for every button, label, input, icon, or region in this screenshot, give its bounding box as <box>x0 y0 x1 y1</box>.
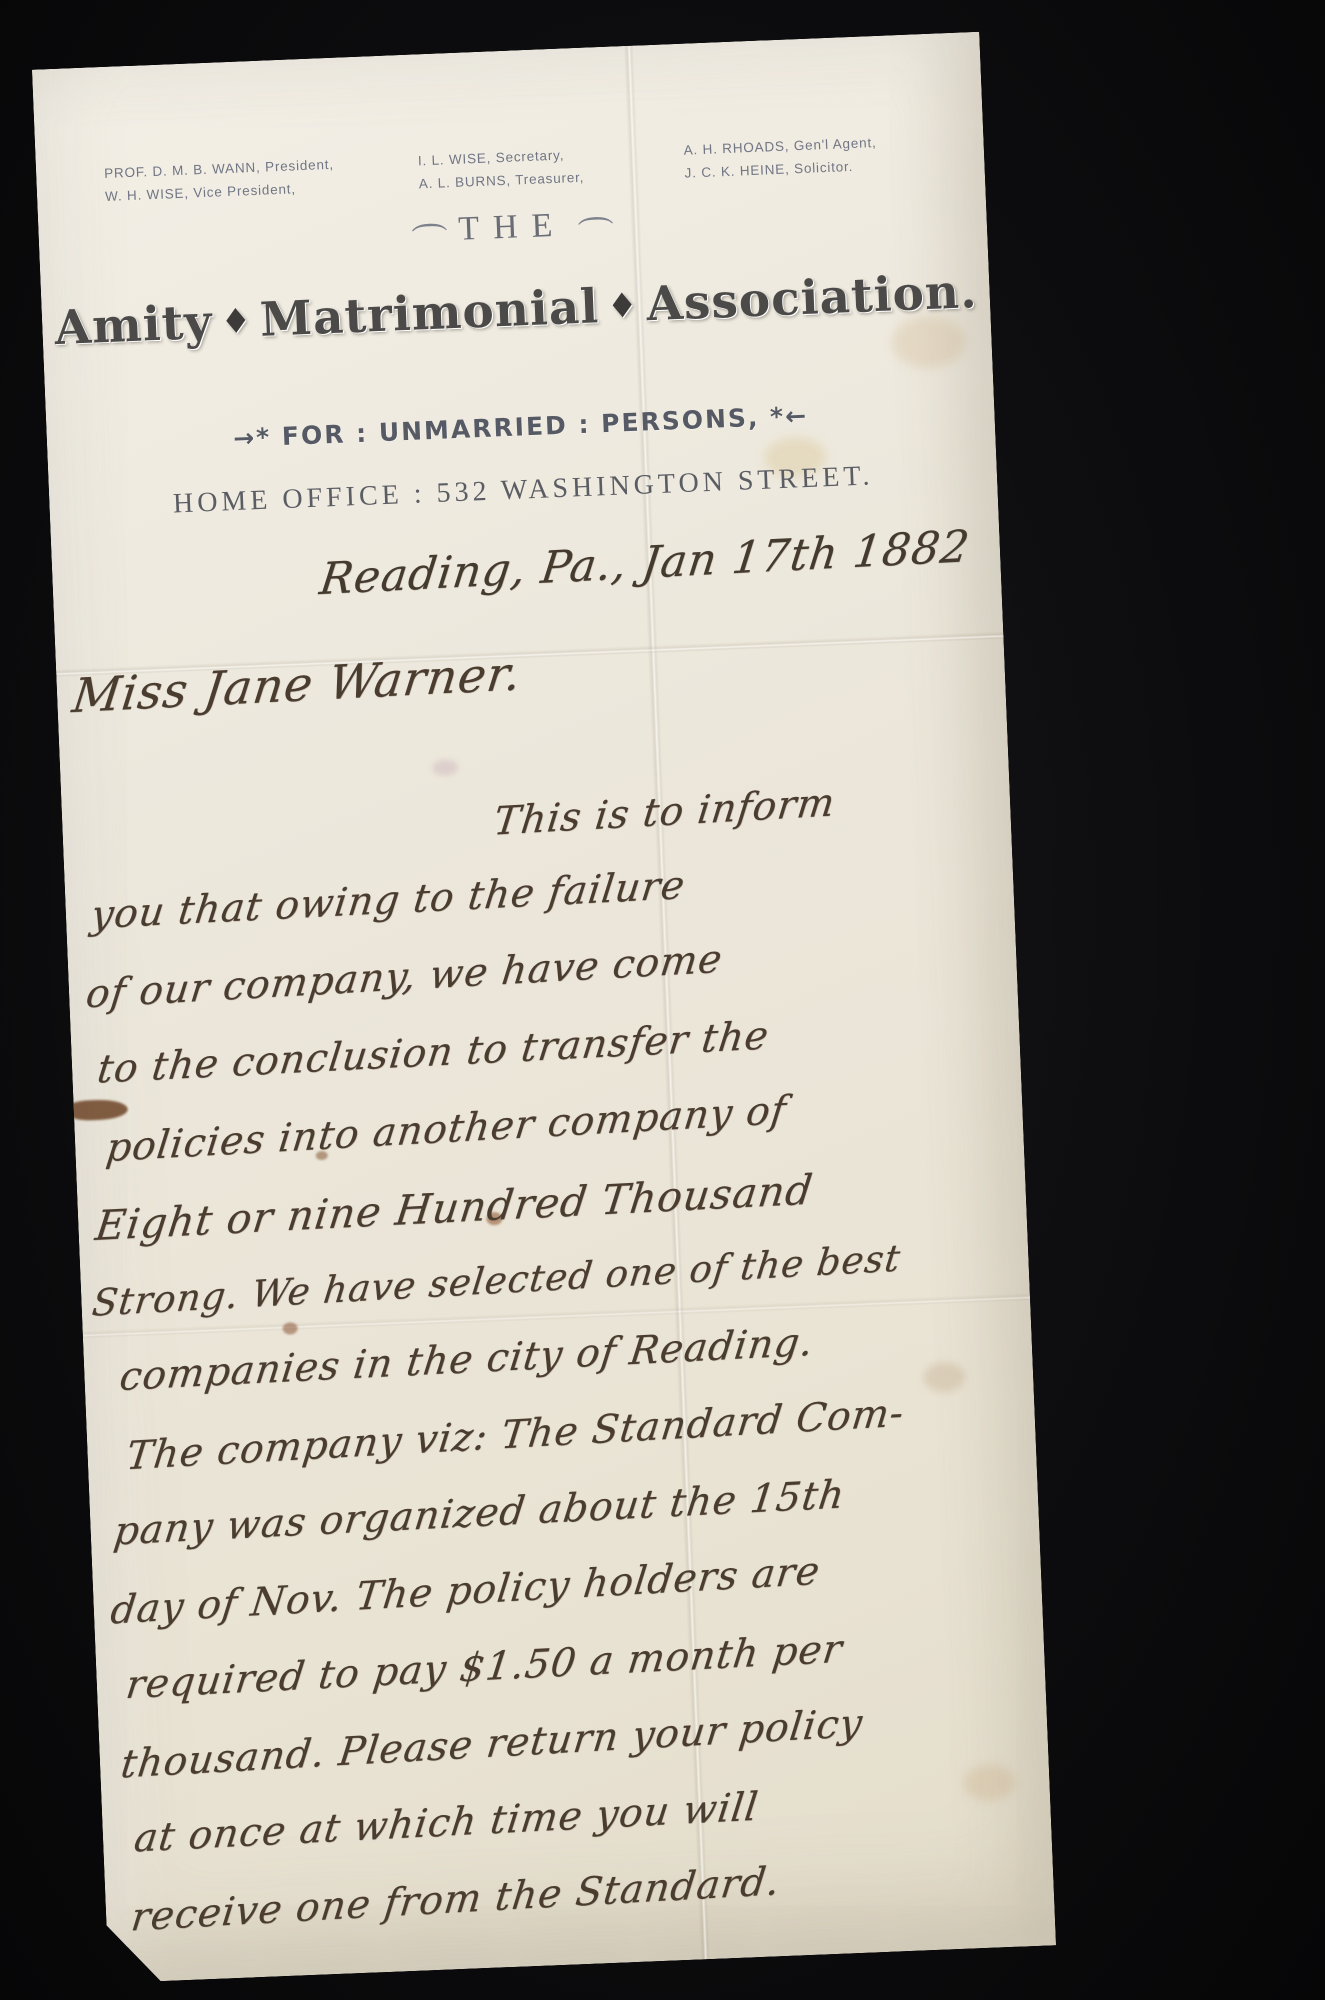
paper-stain <box>432 759 459 776</box>
letter-body-line: day of Nov. The policy holders are <box>108 1549 822 1634</box>
letter-body-line: pany was organized about the 15th <box>111 1472 847 1554</box>
officers-right-column: A. H. RHOADS, Gen'l Agent, J. C. K. HEIN… <box>683 131 878 185</box>
diamond-ornament-icon: ♦ <box>212 301 261 343</box>
officers-center-column: I. L. WISE, Secretary, A. L. BURNS, Trea… <box>417 143 584 196</box>
letterhead-officers: PROF. D. M. B. WANN, President, W. H. WI… <box>36 127 983 165</box>
letter-body-line: of our company, we have come <box>84 937 726 1018</box>
salutation: Miss Jane Warner. <box>69 646 524 724</box>
letter-body-line: thousand. Please return your policy <box>118 1701 865 1788</box>
letter-body-line: Strong. We have selected one of the best <box>90 1236 903 1324</box>
home-office-address: HOME OFFICE : 532 WASHINGTON STREET. <box>49 455 998 525</box>
paper-stain <box>891 315 967 370</box>
paper-stain <box>282 1322 297 1335</box>
letter-photo: PROF. D. M. B. WANN, President, W. H. WI… <box>0 0 1325 2000</box>
paper-stain <box>963 1764 1016 1802</box>
title-word: Matrimonial <box>259 279 600 348</box>
letter-body-line: Eight or nine Hundred Thousand <box>93 1165 816 1250</box>
letter-body-line: required to pay $1.50 a month per <box>123 1627 845 1709</box>
letter-body-line: at once at which time you will <box>132 1785 761 1862</box>
letter-body-line: policies into another company of <box>104 1088 789 1171</box>
ink-stain <box>67 1099 128 1121</box>
letter-body-line: The company viz: The Standard Com- <box>124 1391 907 1480</box>
the-label: THE <box>458 206 567 247</box>
flourish-arc-icon: ( <box>409 222 454 232</box>
letter-body-line: receive one from the Standard. <box>129 1859 783 1940</box>
letter-body: This is to inform you that owing to the … <box>32 32 979 70</box>
letter-body-line: you that owing to the failure <box>89 863 688 938</box>
paper: PROF. D. M. B. WANN, President, W. H. WI… <box>32 32 1056 1984</box>
diamond-ornament-icon: ♦ <box>598 285 647 327</box>
association-title: Amity♦Matrimonial♦Association. <box>41 264 990 357</box>
title-word: Amity <box>54 295 214 356</box>
flourish-arc-icon: ) <box>570 215 615 225</box>
tagline: →* FOR : UNMARRIED : PERSONS, *← <box>46 393 994 460</box>
paper-stain <box>923 1361 966 1393</box>
officers-left-column: PROF. D. M. B. WANN, President, W. H. WI… <box>104 153 336 208</box>
